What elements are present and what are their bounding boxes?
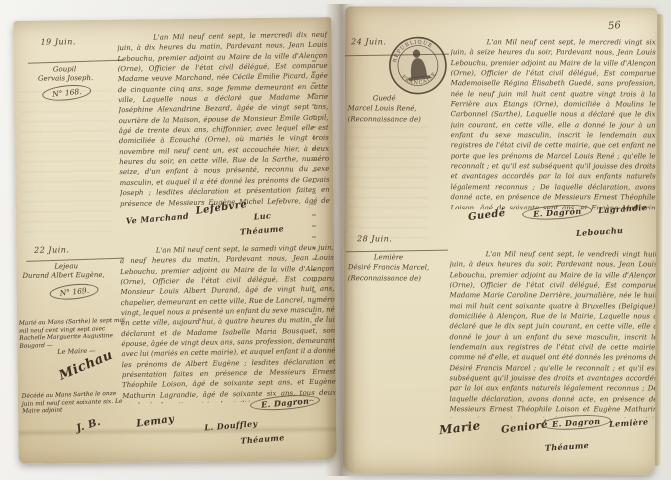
left-page: 19 Juin. Goupil Gervais Joseph. N° 168. …	[13, 17, 336, 464]
act-date: 19 Juin.	[41, 37, 76, 46]
ink-offset-marks	[312, 60, 316, 330]
act-surname: Lejeau	[54, 262, 78, 270]
signature: Luc	[253, 210, 271, 221]
signature: Lemière	[609, 416, 649, 429]
act-body-text: L'an Mil neuf cent sept, le samedi vingt…	[120, 243, 337, 405]
signature: Théaume	[240, 432, 285, 446]
recognition-label: (Reconnaissance de)	[348, 115, 421, 123]
republique-francaise-stamp: RÉPUBLIQUE FRANÇAISE	[384, 31, 453, 100]
act-number: N° 169.	[49, 282, 100, 302]
act-given-names: Gervais Joseph.	[38, 74, 93, 83]
act-body-text: L'an Mil neuf cent sept, le vendredi vin…	[449, 249, 657, 417]
ink-bleed-through	[20, 90, 112, 241]
signature: Marie	[438, 418, 481, 437]
signature: Guedé	[468, 208, 507, 223]
act-given-names: Marcel Louis René,	[348, 104, 417, 112]
recognition-label: (Reconnaissance de)	[348, 274, 421, 282]
signature: Théaume	[240, 223, 285, 237]
act-date: 24 Juin.	[351, 37, 386, 46]
signature: Théaume	[545, 440, 590, 453]
act-surname: Lemière	[374, 253, 403, 261]
right-page: 56 24 Juin. RÉPUBLIQUE FRANÇAISE Guedé M…	[343, 6, 657, 475]
act-surname: Guedé	[373, 94, 396, 102]
death-marginal-note: Décédé au Mans Sarthe le onze juin mil n…	[22, 391, 127, 417]
signature: Ve Marchand	[125, 211, 189, 226]
folio-number: 56	[608, 20, 622, 32]
act-surname: Goupil	[53, 65, 76, 73]
margin-rule	[26, 258, 124, 262]
registry-scan: 19 Juin. Goupil Gervais Joseph. N° 168. …	[0, 0, 671, 480]
signature: Lebouchu	[576, 225, 624, 238]
signature: Lagrandie	[598, 202, 647, 215]
act-given-names: Durand Albert Eugène,	[22, 271, 104, 280]
act-given-names: Désiré Francis Marcel,	[348, 263, 429, 271]
margin-rule	[28, 60, 123, 64]
act-date: 28 Juin.	[357, 234, 392, 243]
margin-rule	[346, 250, 448, 253]
page-crease	[18, 425, 336, 437]
act-date: 22 Juin.	[34, 245, 69, 254]
ink-bleed-through	[348, 126, 429, 246]
act-body-text: L'an Mil neuf cent sept, le mercredi vin…	[451, 37, 656, 209]
act-body-text: L'an Mil neuf cent sept, le mercredi dix…	[117, 30, 330, 211]
